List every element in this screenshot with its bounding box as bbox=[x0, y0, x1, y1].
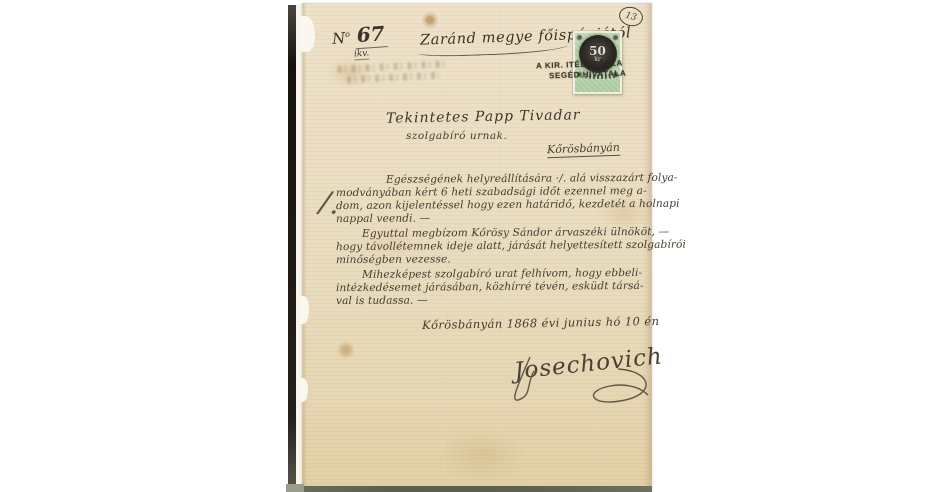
stamp-value: 50 bbox=[589, 46, 606, 57]
torn-edge-notch bbox=[298, 16, 315, 52]
body-line: nappal veendi. — bbox=[336, 211, 652, 226]
faded-ink-stamp bbox=[337, 56, 451, 94]
document-number-ordinal: o bbox=[345, 30, 350, 39]
document-number: No 67 bbox=[331, 21, 387, 49]
archive-page-number-value: 13 bbox=[624, 10, 638, 22]
document-number-note: ikv. bbox=[354, 48, 370, 60]
faded-stamp-row bbox=[347, 72, 439, 84]
stamp-corner-ornament bbox=[612, 34, 619, 41]
recipient-place: Kőrösbányán bbox=[547, 141, 620, 159]
letter-body: Egészségének helyreállítására ·/. alá vi… bbox=[336, 173, 652, 307]
scanned-document: No 67 ikv. Zaránd megye főispánjától 50 … bbox=[0, 0, 940, 492]
dateline: Kőrösbányán 1868 évi junius hó 10 én bbox=[422, 314, 660, 332]
recipient-title-line: szolgabíró urnak. bbox=[406, 130, 507, 142]
underlying-page-edge bbox=[296, 486, 652, 492]
body-line: minőségben vezesse. bbox=[336, 252, 652, 267]
document-number-value: 67 bbox=[354, 21, 388, 49]
body-line: val is tudassa. — bbox=[336, 293, 652, 308]
letter-paper: No 67 ikv. Zaránd megye főispánjától 50 … bbox=[302, 3, 652, 492]
stamp-corner-ornament bbox=[576, 34, 583, 41]
signature: Josechovich bbox=[500, 337, 675, 419]
underlying-page-corner bbox=[286, 484, 304, 492]
recipient-name-line: Tekintetes Papp Tivadar bbox=[386, 107, 581, 126]
